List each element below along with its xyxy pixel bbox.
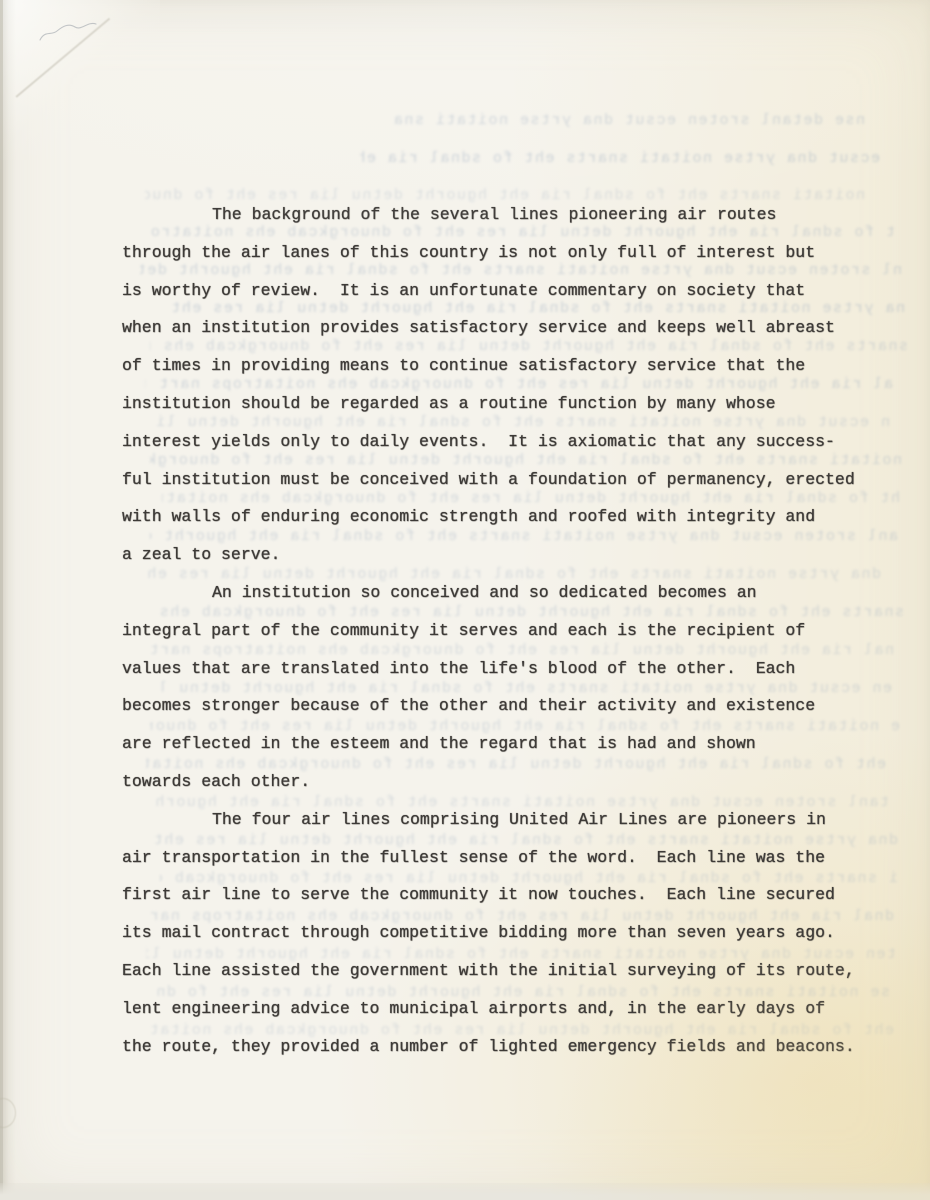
bleedthrough-line: ecsut dna yrtse noitati snarts eht fo sd… [360, 150, 880, 168]
bottom-scan-edge [0, 1183, 930, 1200]
bleedthrough-line: nse detanl sroten ecsut dna yrtse noitat… [395, 112, 865, 130]
left-page-edge [0, 0, 3, 1200]
scanned-page: nse detanl sroten ecsut dna yrtse noitat… [0, 0, 930, 1200]
paragraph-2: An institution so conceived and so dedic… [122, 574, 902, 801]
paragraph-3: The four air lines comprising United Air… [122, 801, 902, 1066]
typed-text-block: The background of the several lines pion… [122, 196, 902, 1065]
pencil-squiggle-mark [38, 18, 100, 46]
paragraph-1: The background of the several lines pion… [122, 196, 902, 574]
